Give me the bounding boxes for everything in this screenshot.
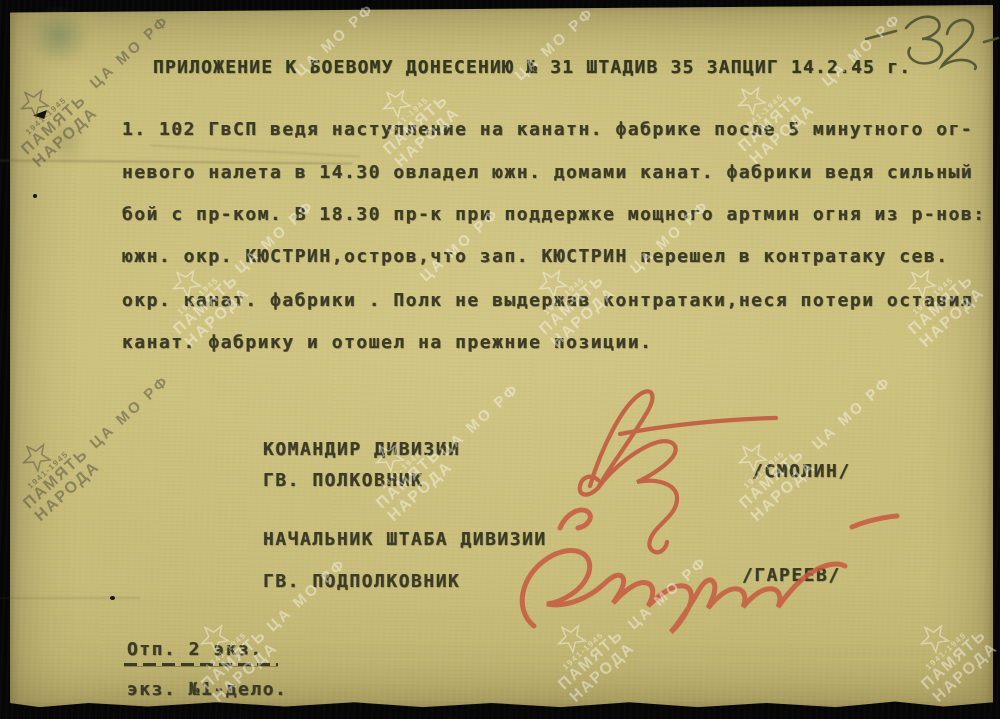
scan-background: ПРИЛОЖЕНИЕ К БОЕВОМУ ДОНЕСЕНИЮ № 31 ШТАД… [0, 0, 1000, 719]
document-page [10, 4, 993, 710]
body-line: окр. канат. фабрики . Полк не выдержав к… [122, 291, 973, 312]
copies-note: Отп. 2 экз. [127, 640, 263, 661]
body-line: канат. фабрику и отошел на прежние позиц… [122, 333, 653, 354]
signature-rank: ГВ. ПОЛКОВНИК [263, 471, 423, 492]
body-line: бой с пр-ком. В 18.30 пр-к при поддержке… [122, 205, 986, 226]
signature-rank: ГВ. ПОДПОЛКОВНИК [263, 572, 460, 593]
copies-note-underline [124, 663, 278, 666]
signature-name: /ГАРЕЕВ/ [742, 566, 841, 587]
signature-title: НАЧАЛЬНИК ШТАБА ДИВИЗИИ [263, 530, 547, 551]
body-line: 1. 102 ГвСП ведя наступление на канатн. … [122, 120, 973, 141]
copy-destination: экз. №1-дело. [127, 680, 287, 701]
signature-name: /СМОЛИН/ [752, 462, 851, 483]
signature-title: КОМАНДИР ДИВИЗИИ [263, 440, 460, 461]
body-line: южн. окр. КЮСТРИН,остров,что зап. КЮСТРИ… [122, 247, 949, 268]
body-line: невого налета в 14.30 овладел южн. домам… [122, 163, 973, 184]
typed-header: ПРИЛОЖЕНИЕ К БОЕВОМУ ДОНЕСЕНИЮ № 31 ШТАД… [153, 58, 911, 79]
